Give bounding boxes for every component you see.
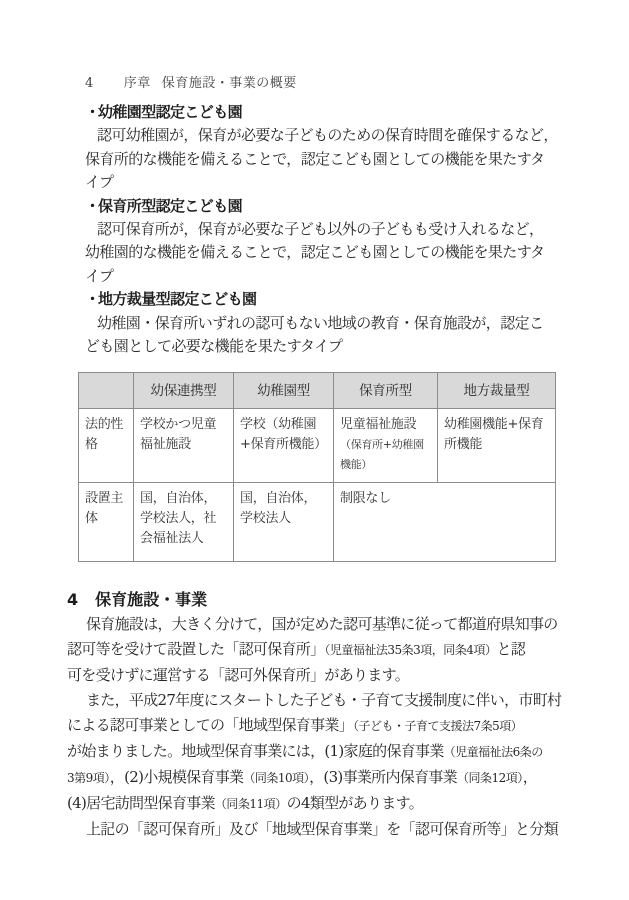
body-text-run: が始まりました。地域型保育事業には，(1)家庭的保育事業: [67, 742, 444, 760]
body-line: 上記の「認可保育所」及び「地域型保育事業」を「認可保育所等」と分類: [67, 817, 563, 842]
running-head: 4序章保育施設・事業の概要: [85, 72, 297, 91]
body-line: が始まりました。地域型保育事業には，(1)家庭的保育事業（児童福祉法6条の: [67, 739, 563, 765]
bullet-body-line: イプ: [85, 171, 567, 194]
legal-reference: （子ども・子育て支援法7条5項）: [353, 719, 522, 733]
table-header-corner: [79, 373, 134, 409]
body-text-run: ，: [523, 768, 537, 786]
list-item: ・地方裁量型認定こども園 幼稚園・保育所いずれの認可もない地域の教育・保育施設が…: [85, 288, 567, 358]
body-line: 保育施設は，大きく分けて，国が定めた認可基準に従って都道府県知事の: [67, 612, 563, 637]
table-cell: 幼稚園機能+保育所機能: [438, 409, 556, 483]
body-line: 認可等を受けて設置した「認可保育所」（児童福祉法35条3項，同条4項）と認: [67, 637, 563, 663]
table-header-chihou-sairyou: 地方裁量型: [438, 373, 556, 409]
body-text-run: 認可等を受けて設置した「認可保育所」: [67, 640, 324, 658]
page-number: 4: [85, 76, 94, 91]
table-row: 設置主体 国，自治体，学校法人，社会福祉法人 国，自治体，学校法人 制限なし: [79, 483, 556, 562]
bullet-body-line: ども園として必要な機能を果たすタイプ: [85, 335, 567, 358]
legal-reference: 3第9項）: [67, 771, 110, 785]
bullet-body-line: 認可保育所が，保育が必要な子ども以外の子どもも受け入れるなど，: [85, 218, 567, 241]
body-text-run: と認: [496, 640, 525, 658]
certified-center-type-list: ・幼稚園型認定こども園 認可幼稚園が，保育が必要な子どものための保育時間を確保す…: [85, 101, 567, 358]
comparison-table: 幼保連携型 幼稚園型 保育所型 地方裁量型 法的性格 学校かつ児童福祉施設 学校…: [78, 372, 556, 562]
body-text-run: (4)居宅訪問型保育事業: [67, 794, 215, 812]
body-line: による認可事業としての「地域型保育事業」（子ども・子育て支援法7条5項）: [67, 713, 563, 739]
table-header-youchien: 幼稚園型: [234, 373, 334, 409]
bullet-heading: ・地方裁量型認定こども園: [85, 288, 567, 311]
body-text-run: による認可事業としての「地域型保育事業」: [67, 716, 353, 734]
bullet-heading-text: 地方裁量型認定こども園: [98, 290, 256, 308]
bullet-heading: ・幼稚園型認定こども園: [85, 101, 567, 124]
running-head-title: 保育施設・事業の概要: [162, 76, 297, 91]
body-line: 3第9項），(2)小規模保育事業（同条10項），(3)事業所内保育事業（同条12…: [67, 765, 563, 791]
bullet-body-line: 幼稚園・保育所いずれの認可もない地域の教育・保育施設が，認定こ: [85, 312, 567, 335]
bullet-body-line: 幼稚園的な機能を備えることで，認定こども園としての機能を果たすタ: [85, 241, 567, 264]
bullet-marker: ・: [85, 195, 98, 218]
bullet-body-line: 認可幼稚園が，保育が必要な子どものための保育時間を確保するなど，: [85, 124, 567, 147]
table-header-youho-renkei: 幼保連携型: [134, 373, 234, 409]
table-header-row: 幼保連携型 幼稚園型 保育所型 地方裁量型: [79, 373, 556, 409]
section-title: 保育施設・事業: [95, 590, 207, 609]
body-text-run: ，(3)事業所内保育事業: [309, 768, 457, 786]
table-cell: 制限なし: [334, 483, 556, 562]
bullet-heading: ・保育所型認定こども園: [85, 195, 567, 218]
cell-note-text: （保育所+幼稚園機能）: [340, 438, 424, 471]
table-cell: 国，自治体，学校法人，社会福祉法人: [134, 483, 234, 562]
section-number: 4: [67, 590, 78, 609]
section-hoiku-shisetsu-jigyou: 4保育施設・事業 保育施設は，大きく分けて，国が定めた認可基準に従って都道府県知…: [67, 590, 563, 842]
cell-main-text: 児童福祉施設: [340, 417, 416, 432]
body-text-run: の4類型があります。: [287, 794, 423, 812]
table-header-hoikusho: 保育所型: [334, 373, 438, 409]
bullet-heading-text: 幼稚園型認定こども園: [98, 103, 242, 121]
section-heading: 4保育施設・事業: [67, 590, 563, 610]
body-line: (4)居宅訪問型保育事業（同条11項）の4類型があります。: [67, 791, 563, 817]
row-label-legal-character: 法的性格: [79, 409, 134, 483]
legal-reference: （児童福祉法35条3項，同条4項）: [324, 643, 496, 657]
table-cell: 学校（幼稚園+保育所機能）: [234, 409, 334, 483]
table-cell: 児童福祉施設（保育所+幼稚園機能）: [334, 409, 438, 483]
table-cell: 国，自治体，学校法人: [234, 483, 334, 562]
chapter-label: 序章: [124, 76, 151, 91]
bullet-body-line: 保育所的な機能を備えることで，認定こども園としての機能を果たすタ: [85, 148, 567, 171]
bullet-marker: ・: [85, 288, 98, 311]
row-label-establisher: 設置主体: [79, 483, 134, 562]
list-item: ・幼稚園型認定こども園 認可幼稚園が，保育が必要な子どものための保育時間を確保す…: [85, 101, 567, 195]
section-body: 保育施設は，大きく分けて，国が定めた認可基準に従って都道府県知事の 認可等を受け…: [67, 612, 563, 842]
legal-reference: （同条10項）: [243, 771, 309, 785]
bullet-body-line: イプ: [85, 265, 567, 288]
body-line: 可を受けずに運営する「認可外保育所」があります。: [67, 663, 563, 688]
book-page: 4序章保育施設・事業の概要 ・幼稚園型認定こども園 認可幼稚園が，保育が必要な子…: [0, 0, 629, 900]
bullet-heading-text: 保育所型認定こども園: [98, 197, 242, 215]
body-text-run: ，(2)小規模保育事業: [110, 768, 244, 786]
body-line: また，平成27年度にスタートした子ども・子育て支援制度に伴い，市町村: [67, 688, 563, 713]
table-cell: 学校かつ児童福祉施設: [134, 409, 234, 483]
legal-reference: （同条11項）: [215, 797, 287, 811]
table-row: 法的性格 学校かつ児童福祉施設 学校（幼稚園+保育所機能） 児童福祉施設（保育所…: [79, 409, 556, 483]
list-item: ・保育所型認定こども園 認可保育所が，保育が必要な子ども以外の子どもも受け入れる…: [85, 195, 567, 289]
legal-reference: （児童福祉法6条の: [444, 745, 543, 759]
legal-reference: （同条12項）: [457, 771, 523, 785]
bullet-marker: ・: [85, 101, 98, 124]
